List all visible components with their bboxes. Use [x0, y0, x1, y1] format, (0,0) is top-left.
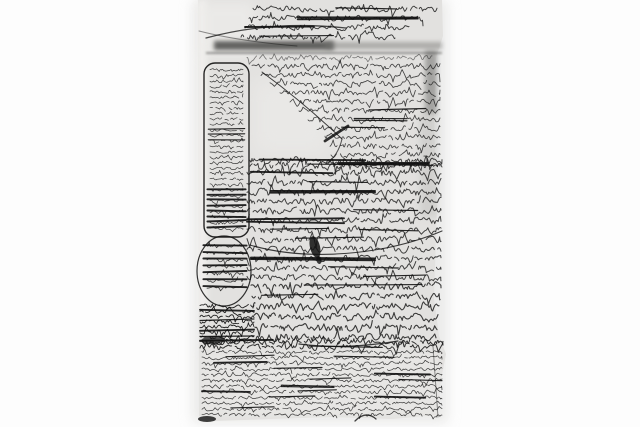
fold-crease-underline	[206, 52, 442, 54]
fold-crease-dark	[214, 41, 334, 50]
manuscript-photo-canvas	[0, 0, 640, 427]
fold-crease-light	[325, 42, 442, 49]
bottom-left-smudge	[198, 416, 216, 422]
screenshot-root	[0, 0, 640, 427]
manuscript-photograph	[0, 0, 640, 427]
